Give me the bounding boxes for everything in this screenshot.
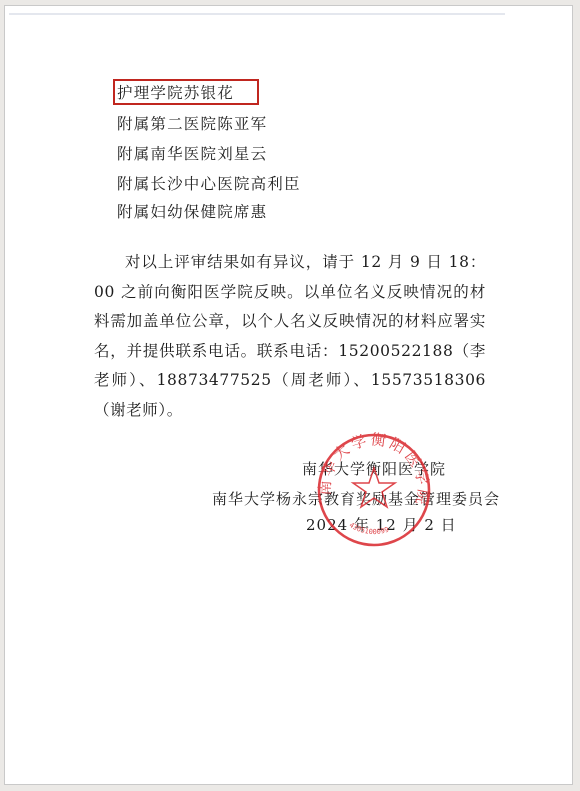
signature-org-1: 南华大学衡阳医学院 — [302, 458, 446, 479]
highlighted-entry: 护理学院苏银花 — [117, 83, 234, 103]
entry-item: 附属第二医院陈亚军 — [117, 114, 267, 134]
header-rule — [9, 13, 505, 15]
entry-item: 附属长沙中心医院高利臣 — [117, 174, 301, 194]
signature-date: 2024 年 12 月 2 日 — [306, 514, 457, 535]
signature-org-2: 南华大学杨永宗教育奖励基金管理委员会 — [212, 488, 500, 509]
entry-item: 附属妇幼保健院席惠 — [117, 202, 267, 222]
entry-item: 附属南华医院刘星云 — [117, 144, 267, 164]
notice-paragraph: 对以上评审结果如有异议，请于 12 月 9 日 18：00 之前向衡阳医学院反映… — [94, 248, 486, 425]
